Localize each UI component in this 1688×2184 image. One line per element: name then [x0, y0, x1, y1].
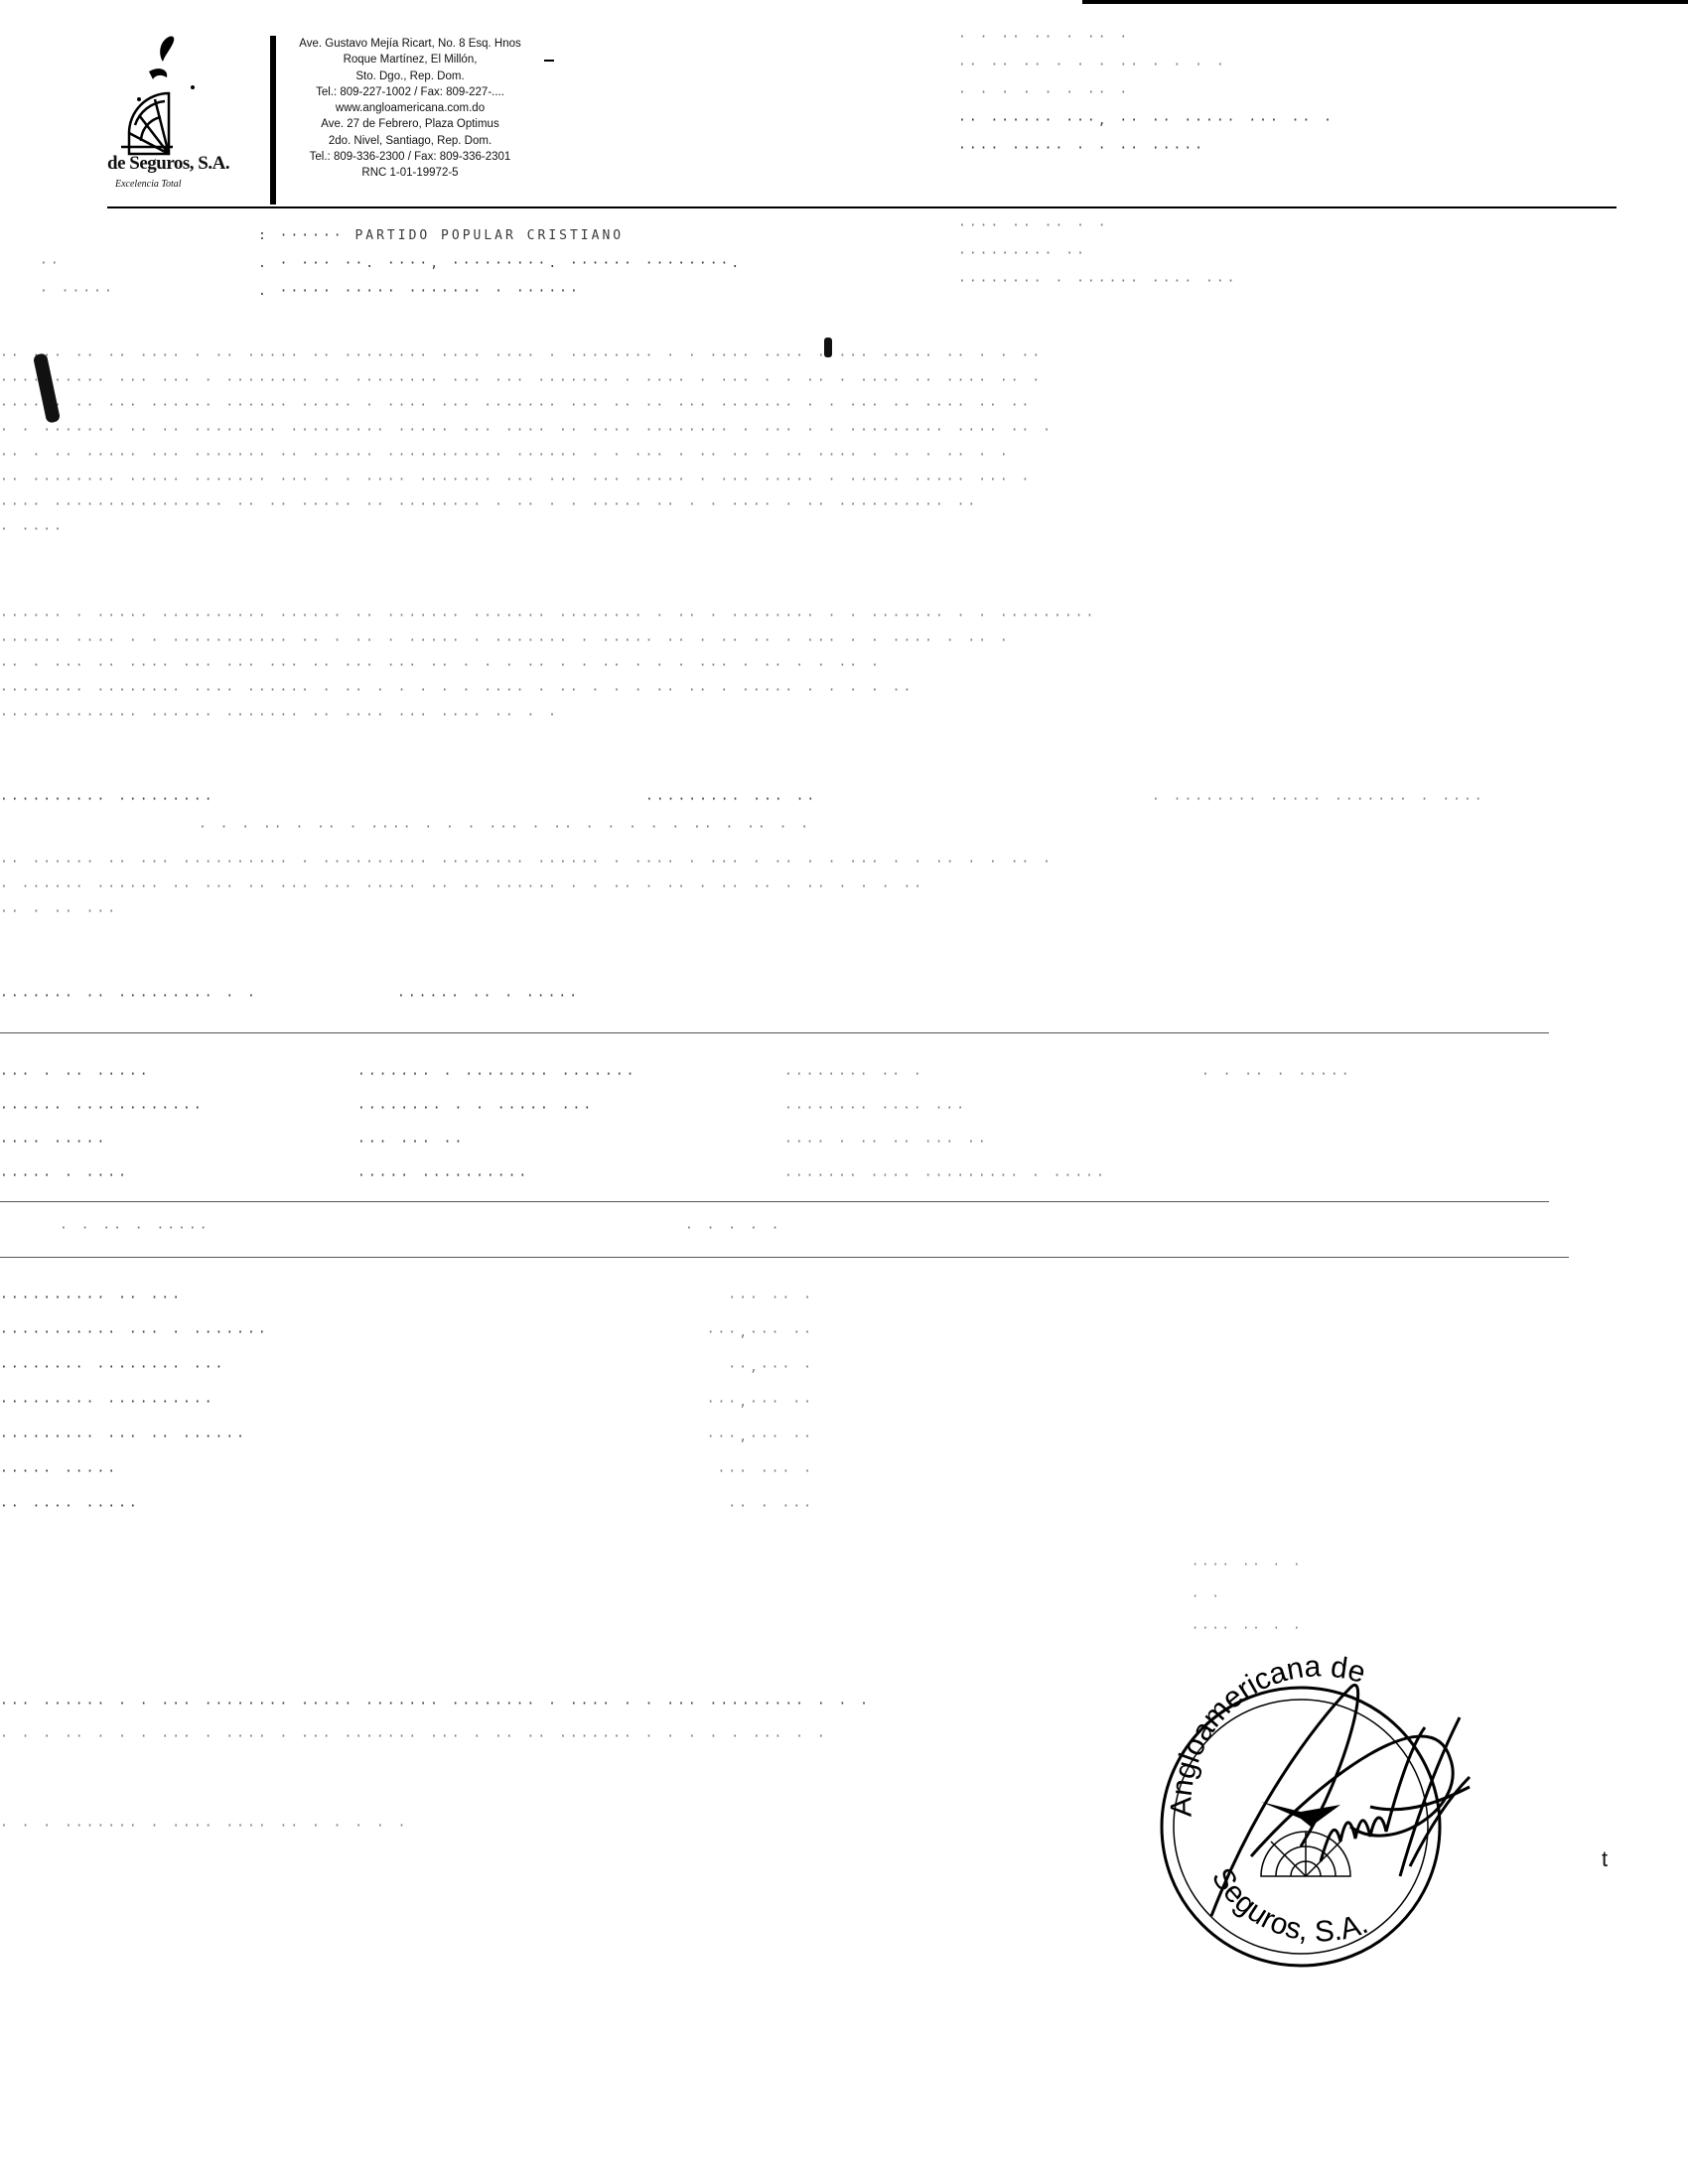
company-seal: Angloamericana de Seguros, S.A.	[1152, 1628, 1479, 1946]
coverage-amount: ···,··· ··	[707, 1325, 814, 1340]
section-heading: ········· ··· ··	[645, 792, 817, 807]
coverage-header-right: · · · · ·	[685, 1221, 781, 1236]
section-subline: · · · ·· · ·· · ···· · · · ··· · ·· · · …	[199, 820, 811, 835]
ink-blot	[824, 338, 832, 357]
section-rule	[0, 1257, 1569, 1258]
document-meta: ···· ·· ·· · · ········· ·· ········ · ·…	[958, 212, 1238, 296]
coverage-label: ·········· ·· ···	[0, 1291, 183, 1305]
website-line: www.angloamericana.com.do	[266, 100, 554, 116]
svg-text:Angloamericana de: Angloamericana de	[1165, 1650, 1368, 1817]
seal-text-bottom: Seguros, S.A.	[1205, 1862, 1372, 1949]
body-line: · · ······· ·· ·· ········ ········· ···…	[0, 418, 1589, 443]
seal-icon: Angloamericana de Seguros, S.A.	[1152, 1628, 1479, 1946]
header-line: ···· ····· · · ·· ·····	[958, 135, 1653, 163]
vehicle-field: ···· · ·· ·· ··· ··	[784, 1126, 1201, 1160]
stamp-note: ···· ·· · ·	[1192, 1549, 1303, 1580]
vehicle-section-title: ······· ·· ········· · ·	[0, 989, 258, 1004]
section-rule	[0, 1201, 1549, 1202]
body-line: · ······ ······ ·· ··· ·· ··· ··· ····· …	[0, 875, 1054, 899]
footer-line: ··· ······ · · ··· ········ ····· ······…	[0, 1688, 1152, 1720]
coverage-label: ····· ·····	[0, 1464, 118, 1479]
header-line: · · ·· ·· · ·· ·	[958, 24, 1653, 52]
vehicle-field: ····· · ····	[0, 1160, 357, 1193]
seal-text-top: Angloamericana de	[1165, 1650, 1368, 1817]
footer-last-line: · · · ······· · ···· ···· ·· · · · · ·	[0, 1819, 408, 1834]
body-line: ······ ·· ··· ······ ······ ····· · ····…	[0, 393, 1589, 418]
section-heading: ·········· ·········	[0, 792, 215, 807]
address-line: Sto. Dgo., Rep. Dom.	[266, 68, 554, 84]
shell-fan-logo-icon	[109, 30, 248, 159]
body-line: ·· ··· ·· ·· ···· · ·· ····· ·· ········…	[0, 343, 1589, 368]
address-line: Ave. Gustavo Mejía Ricart, No. 8 Esq. Hn…	[266, 36, 554, 52]
vehicle-field: ···· ·····	[0, 1126, 357, 1160]
footer-line: · · · ·· · · · ··· · ···· · ··· ······· …	[0, 1720, 1152, 1753]
vehicle-row: ···· ····· ··· ··· ·· ···· · ·· ·· ··· ·…	[0, 1126, 1489, 1160]
vehicle-field: ····· ··········	[357, 1160, 784, 1193]
coverage-header-left: · · ·· · ·····	[60, 1221, 211, 1236]
vehicle-field: ··· · ·· ·····	[0, 1058, 357, 1092]
phone-line: Tel.: 809-336-2300 / Fax: 809-336-2301	[266, 149, 554, 165]
table-row: ·········· ·· ······ ·· ·	[0, 1281, 814, 1315]
addressee-line: . ····· ····· ······· · ······	[258, 278, 742, 306]
edge-mark: t	[1602, 1846, 1608, 1872]
header-rule	[107, 206, 1617, 208]
coverage-label: ········· ··· ·· ······	[0, 1430, 247, 1444]
company-tagline: Excelencia Total	[115, 179, 182, 190]
body-line: ······ · ····· ·········· ······ ·· ····…	[0, 604, 1589, 628]
meta-line: ········· ··	[958, 240, 1238, 268]
vehicle-details: ··· · ·· ····· ······· · ········ ······…	[0, 1058, 1489, 1193]
company-address-block: Ave. Gustavo Mejía Ricart, No. 8 Esq. Hn…	[266, 36, 554, 182]
vehicle-field: ······· · ········ ·······	[357, 1058, 784, 1092]
addressee-name: : ······ PARTIDO POPULAR CRISTIANO	[258, 222, 742, 250]
vehicle-field: ········ ···· ···	[784, 1092, 1201, 1126]
body-line: ·· ········ ····· ······· ··· · · ···· ·…	[0, 468, 1589, 492]
body-line: ·· ······ ·· ··· ·········· · ··········…	[0, 850, 1054, 875]
phone-line: Tel.: 809-227-1002 / Fax: 809-227-....	[266, 84, 554, 100]
top-edge-rule	[1082, 0, 1688, 4]
coverage-amount: ··· ·· ·	[728, 1291, 814, 1305]
section-heading: · ········ ····· ······· · ····	[1152, 792, 1485, 807]
vehicle-row: ····· · ···· ····· ·········· ······· ··…	[0, 1160, 1489, 1193]
coverage-amount: ··· ··· ·	[718, 1464, 814, 1479]
header-line: · · · · · · ·· ·	[958, 79, 1653, 107]
body-line: ·· · ·· ···	[0, 899, 1054, 924]
coverage-label: ········ ········ ···	[0, 1360, 225, 1375]
coverage-table: ·········· ·· ······ ·· · ··········· ··…	[0, 1281, 814, 1524]
vehicle-row: ··· · ·· ····· ······· · ········ ······…	[0, 1058, 1489, 1092]
body-line: ·········· ··· ··· · ········ ·· ·······…	[0, 368, 1589, 393]
section-rule	[0, 1032, 1549, 1033]
body-line: ···· ················ ·· ·· ····· ·· ···…	[0, 492, 1589, 517]
table-row: ·· ···· ······· · ···	[0, 1489, 814, 1524]
addressee-line: . · ··· ··. ····, ·········. ······ ····…	[258, 250, 742, 278]
body-line: ········ ········ ···· ······ · ·· · · ·…	[0, 678, 1589, 703]
vehicle-row: ······ ············ ········ · · ····· ·…	[0, 1092, 1489, 1126]
address-line: 2do. Nivel, Santiago, Rep. Dom.	[266, 133, 554, 149]
rnc-line: RNC 1-01-19972-5	[266, 165, 554, 181]
vehicle-field: ······ ············	[0, 1092, 357, 1126]
body-line: ·· · ··· ·· ···· ··· ··· ··· ·· ··· ··· …	[0, 653, 1589, 678]
table-row: ··········· ··· · ··········,··· ··	[0, 1315, 814, 1350]
company-name: de Seguros, S.A.	[107, 153, 229, 175]
body-line: ······ ···· · · ··········· ·· · ·· · ··…	[0, 628, 1589, 653]
table-row: ········ ········ ·····,··· ·	[0, 1350, 814, 1385]
body-line: ············· ······ ······· ·· ···· ···…	[0, 703, 1589, 728]
vehicle-field: ··· ··· ··	[357, 1126, 784, 1160]
vehicle-field: ······· ···· ········· · ·····	[784, 1160, 1201, 1193]
header-line: ·· ······ ···, ·· ·· ····· ··· ·· ·	[958, 107, 1653, 135]
addressee-label: ··	[40, 250, 115, 278]
body-paragraph: ·· ······ ·· ··· ·········· · ··········…	[0, 850, 1054, 924]
addressee-label: · ·····	[40, 278, 115, 306]
coverage-amount: ·· · ···	[728, 1499, 814, 1514]
body-line: ·· · ·· ····· ··· ······· ·· ······ ····…	[0, 443, 1589, 468]
table-row: ········· ·············,··· ··	[0, 1385, 814, 1420]
coverage-label: ·· ···· ·····	[0, 1499, 140, 1514]
meta-line: ········ · ······ ···· ···	[958, 268, 1238, 296]
addressee-labels: ·· · ·····	[40, 250, 115, 306]
addressee-block: : ······ PARTIDO POPULAR CRISTIANO . · ·…	[258, 222, 742, 306]
body-paragraph: ·· ··· ·· ·· ···· · ·· ····· ·· ········…	[0, 343, 1589, 542]
svg-text:Seguros, S.A.: Seguros, S.A.	[1205, 1862, 1372, 1949]
coverage-amount: ···,··· ··	[707, 1430, 814, 1444]
meta-line: ···· ·· ·· · ·	[958, 212, 1238, 240]
address-line: Roque Martínez, El Millón,	[266, 52, 554, 68]
body-line: · ····	[0, 517, 1589, 542]
footer-paragraph: ··· ······ · · ··· ········ ····· ······…	[0, 1688, 1152, 1753]
coverage-label: ········· ··········	[0, 1395, 215, 1410]
dash-mark	[544, 60, 554, 62]
vehicle-field: · · ·· · ·····	[1201, 1058, 1352, 1092]
coverage-amount: ···,··· ··	[707, 1395, 814, 1410]
table-row: ········· ··· ·· ·········,··· ··	[0, 1420, 814, 1454]
stamp-note: · ·	[1192, 1580, 1303, 1612]
table-row: ····· ········ ··· ·	[0, 1454, 814, 1489]
coverage-label: ··········· ··· · ·······	[0, 1325, 269, 1340]
vehicle-field: ········ ·· ·	[784, 1058, 1201, 1092]
policy-header-block: · · ·· ·· · ·· · ·· ·· ·· · · · ·· · · ·…	[958, 24, 1653, 163]
coverage-amount: ··,··· ·	[728, 1360, 814, 1375]
body-paragraph: ······ · ····· ·········· ······ ·· ····…	[0, 604, 1589, 728]
vehicle-section-date: ······ ·· · ·····	[397, 989, 580, 1004]
header-line: ·· ·· ·· · · · ·· · · · ·	[958, 52, 1653, 79]
signature-icon	[1211, 1685, 1470, 1916]
address-line: Ave. 27 de Febrero, Plaza Optimus	[266, 116, 554, 132]
vehicle-field: ········ · · ····· ···	[357, 1092, 784, 1126]
